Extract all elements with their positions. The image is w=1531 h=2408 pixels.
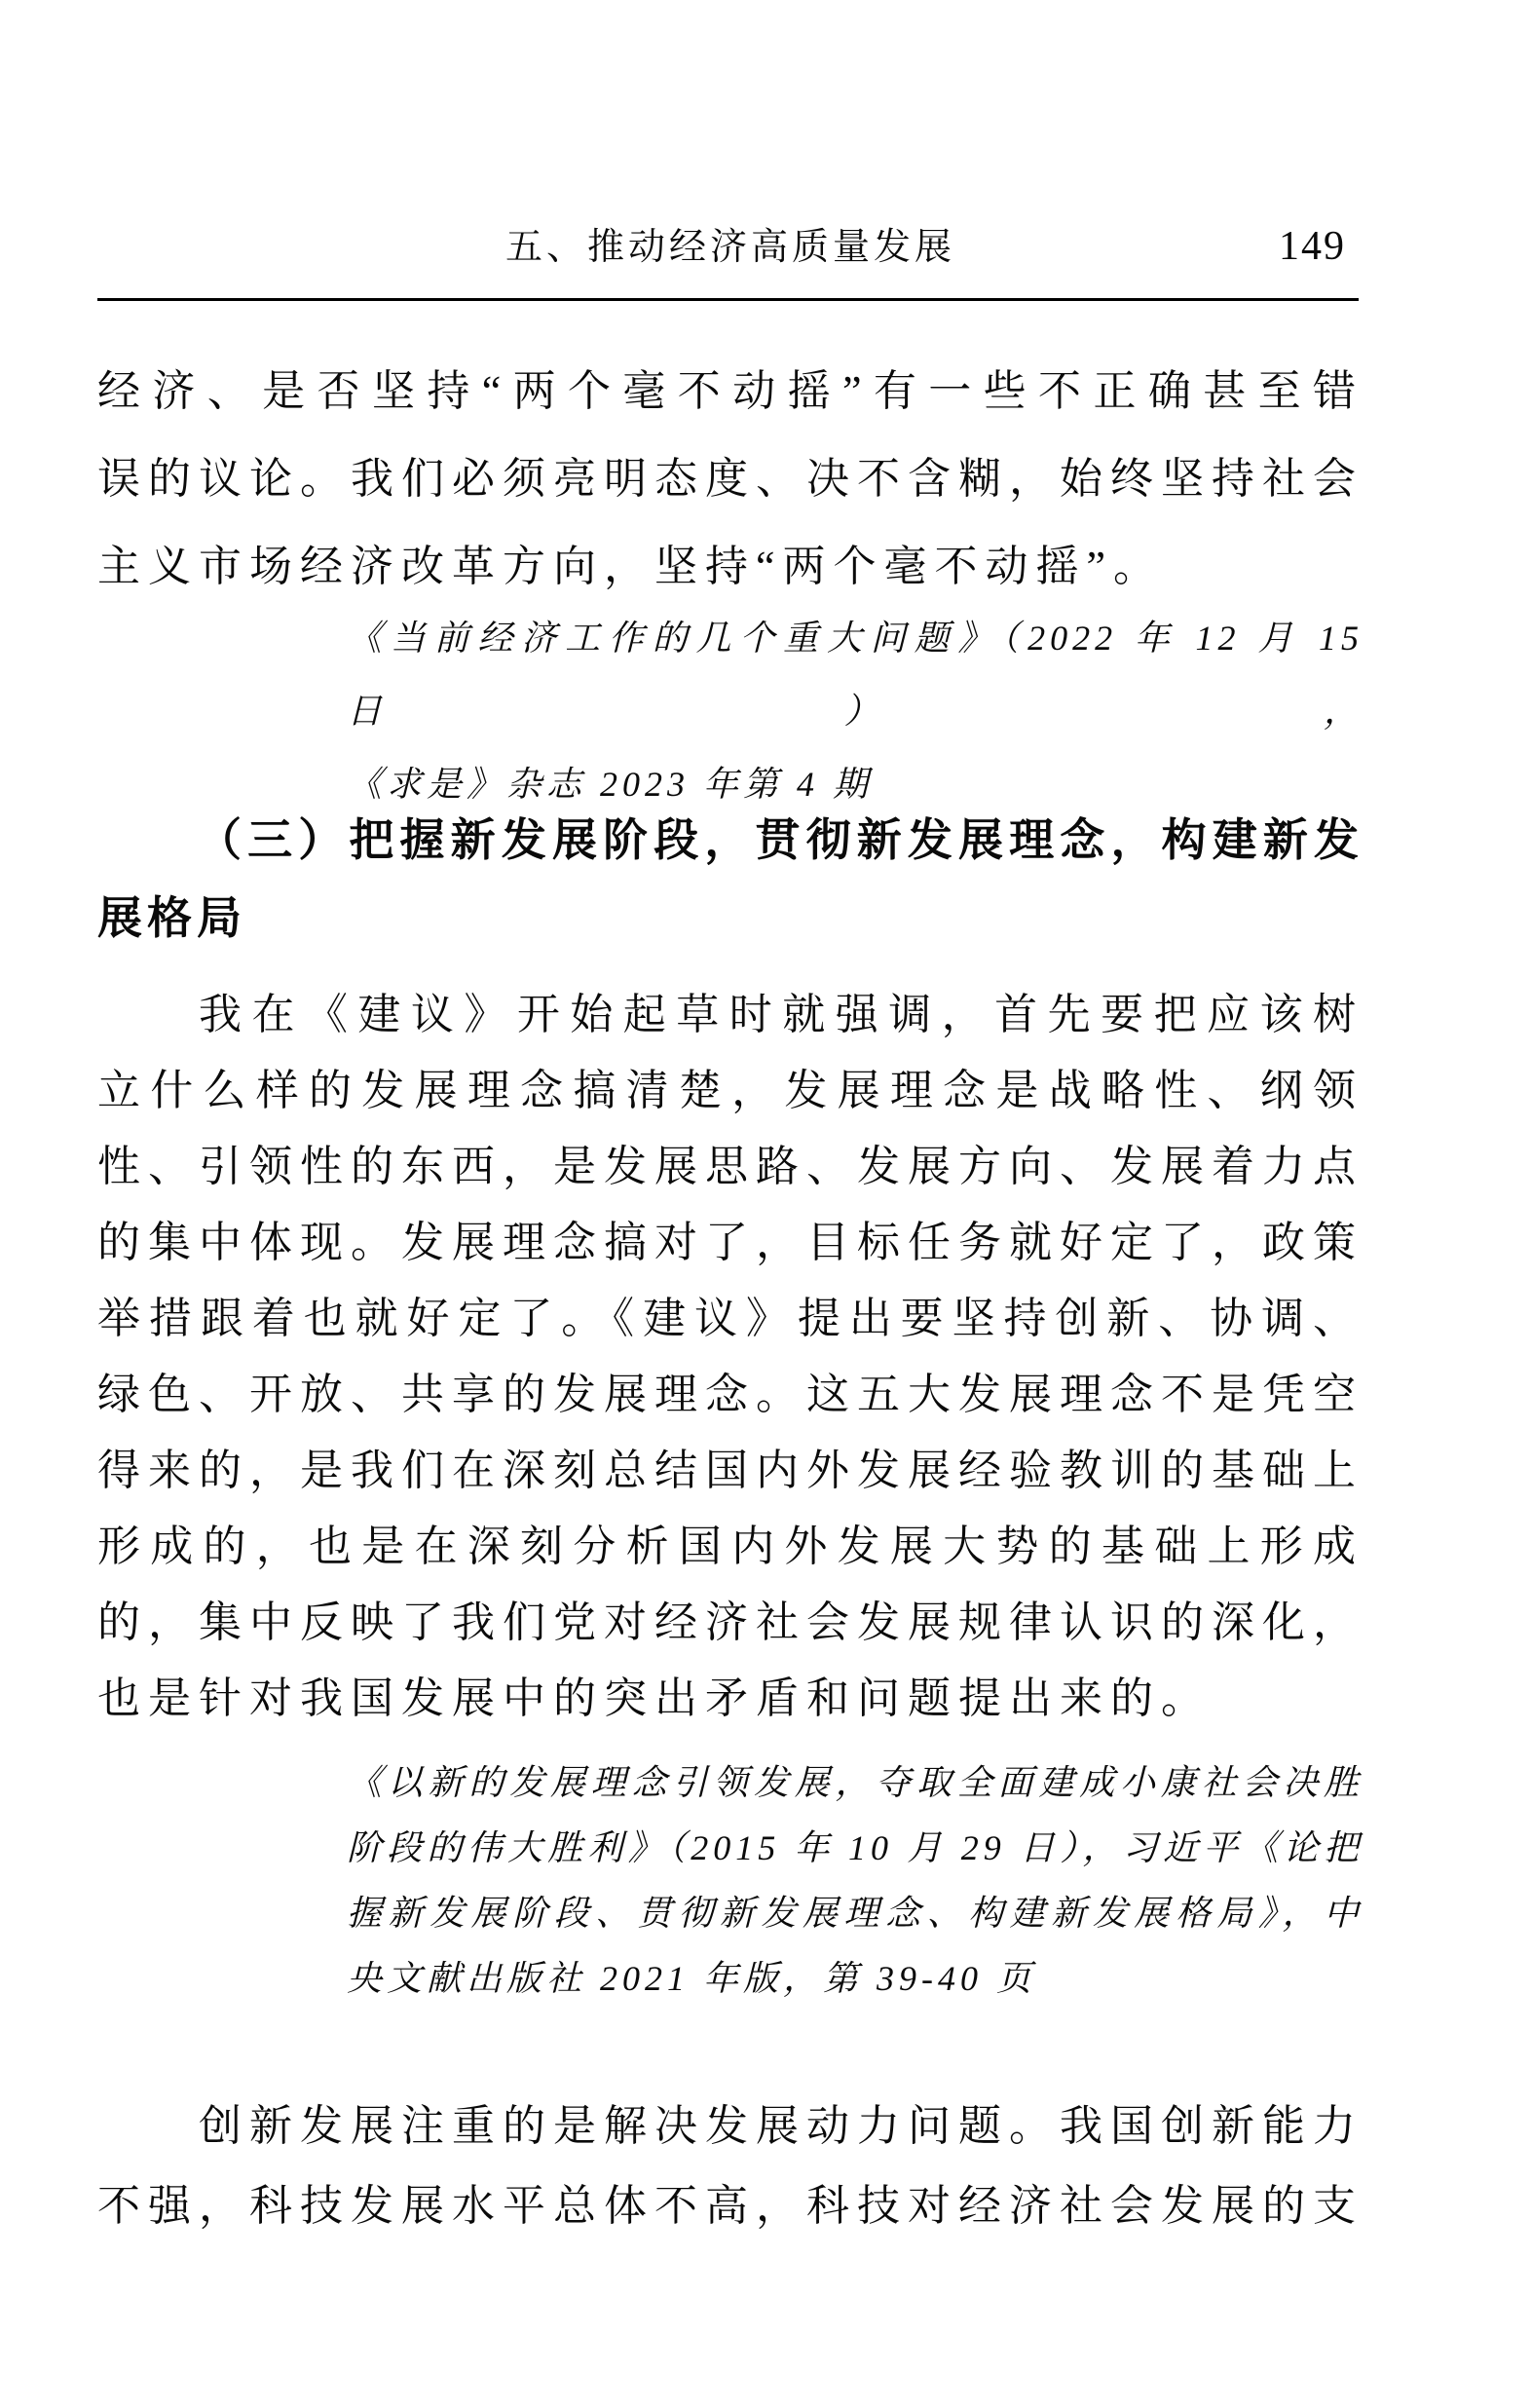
text-line: 主义市场经济改革方向，坚持“两个毫不动摇”。 [97,523,1363,611]
text-line: 误的议论。我们必须亮明态度、决不含糊，始终坚持社会 [97,435,1363,523]
citation-line: 央文献出版社 2021 年版，第 39-40 页 [347,1946,1363,2012]
text-line: 绿色、开放、共享的发展理念。这五大发展理念不是凭空 [97,1357,1363,1433]
text-line: 举措跟着也就好定了。《建议》提出要坚持创新、协调、 [97,1281,1363,1357]
heading-line: 展格局 [97,879,1363,957]
text-line: 不强，科技发展水平总体不高，科技对经济社会发展的支 [97,2166,1363,2246]
text-line: 创新发展注重的是解决发展动力问题。我国创新能力 [97,2087,1363,2166]
text-line: 得来的，是我们在深刻总结国内外发展经验教训的基础上 [97,1433,1363,1509]
text-line: 性、引领性的东西，是发展思路、发展方向、发展着力点 [97,1129,1363,1205]
citation-line: 阶段的伟大胜利》（2015 年 10 月 29 日），习近平《论把 [347,1816,1363,1881]
page-number: 149 [1279,220,1346,273]
text-line: 的，集中反映了我们党对经济社会发展规律认识的深化， [97,1585,1363,1661]
citation-line: 《当前经济工作的几个重大问题》（2022 年 12 月 15 日）， [347,602,1363,748]
header-divider [97,298,1359,301]
text-line: 也是针对我国发展中的突出矛盾和问题提出来的。 [97,1661,1363,1737]
text-line: 我在《建议》开始起草时就强调，首先要把应该树 [97,977,1363,1053]
body-paragraph-3: 创新发展注重的是解决发展动力问题。我国创新能力 不强，科技发展水平总体不高，科技… [97,2087,1363,2246]
book-page: 五、推动经济高质量发展 149 经济、是否坚持“两个毫不动摇”有一些不正确甚至错… [0,0,1531,2408]
heading-line: （三）把握新发展阶段，贯彻新发展理念，构建新发 [97,801,1363,879]
body-paragraph-1: 经济、是否坚持“两个毫不动摇”有一些不正确甚至错 误的议论。我们必须亮明态度、决… [97,348,1363,611]
source-citation-2: 《以新的发展理念引领发展，夺取全面建成小康社会决胜 阶段的伟大胜利》（2015 … [347,1750,1363,2012]
citation-line: 握新发展阶段、贯彻新发展理念、构建新发展格局》，中 [347,1881,1363,1946]
text-line: 的集中体现。发展理念搞对了，目标任务就好定了，政策 [97,1205,1363,1281]
text-line: 经济、是否坚持“两个毫不动摇”有一些不正确甚至错 [97,348,1363,435]
text-line: 形成的，也是在深刻分析国内外发展大势的基础上形成 [97,1509,1363,1585]
chapter-header: 五、推动经济高质量发展 [97,222,1363,273]
citation-line: 《以新的发展理念引领发展，夺取全面建成小康社会决胜 [347,1750,1363,1816]
source-citation-1: 《当前经济工作的几个重大问题》（2022 年 12 月 15 日）， 《求是》杂… [347,602,1363,821]
text-line: 立什么样的发展理念搞清楚，发展理念是战略性、纲领 [97,1053,1363,1129]
body-paragraph-2: 我在《建议》开始起草时就强调，首先要把应该树 立什么样的发展理念搞清楚，发展理念… [97,977,1363,1737]
section-heading: （三）把握新发展阶段，贯彻新发展理念，构建新发 展格局 [97,801,1363,957]
